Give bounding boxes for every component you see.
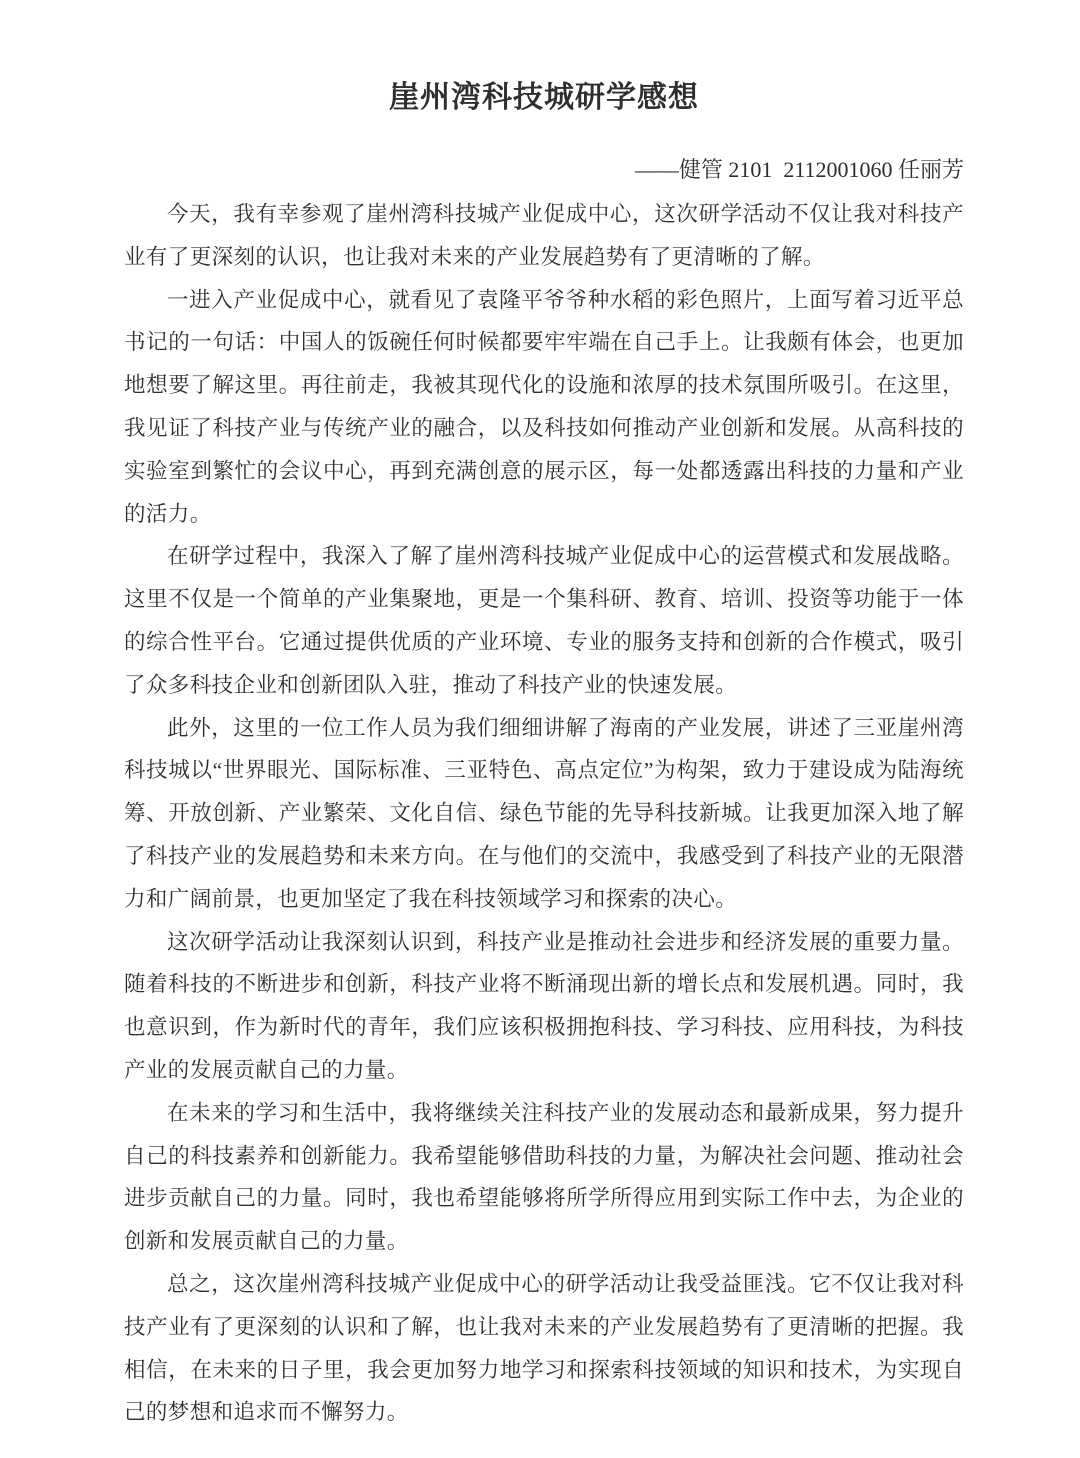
- doc-body: 今天，我有幸参观了崖州湾科技城产业促成中心，这次研学活动不仅让我对科技产业有了更…: [124, 193, 964, 1434]
- doc-byline: ——健管 2101 2112001060 任丽芳: [124, 148, 964, 191]
- document-page: 崖州湾科技城研学感想 ——健管 2101 2112001060 任丽芳 今天，我…: [0, 0, 1080, 1458]
- doc-paragraph: 一进入产业促成中心，就看见了袁隆平爷爷种水稻的彩色照片，上面写着习近平总书记的一…: [124, 279, 964, 536]
- doc-paragraph: 今天，我有幸参观了崖州湾科技城产业促成中心，这次研学活动不仅让我对科技产业有了更…: [124, 193, 964, 279]
- doc-paragraph: 在研学过程中，我深入了解了崖州湾科技城产业促成中心的运营模式和发展战略。这里不仅…: [124, 535, 964, 706]
- doc-title: 崖州湾科技城研学感想: [124, 76, 964, 120]
- doc-paragraph: 这次研学活动让我深刻认识到，科技产业是推动社会进步和经济发展的重要力量。随着科技…: [124, 921, 964, 1092]
- doc-paragraph: 在未来的学习和生活中，我将继续关注科技产业的发展动态和最新成果，努力提升自己的科…: [124, 1092, 964, 1263]
- doc-paragraph: 此外，这里的一位工作人员为我们细细讲解了海南的产业发展，讲述了三亚崖州湾科技城以…: [124, 707, 964, 921]
- doc-paragraph: 总之，这次崖州湾科技城产业促成中心的研学活动让我受益匪浅。它不仅让我对科技产业有…: [124, 1263, 964, 1434]
